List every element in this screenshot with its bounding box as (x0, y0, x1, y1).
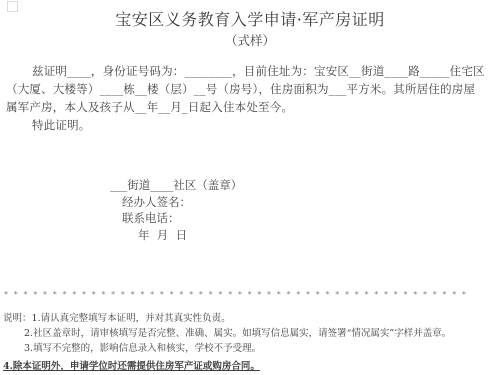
certificate-document: 宝安区义务教育入学申请·军产房证明 （式样） 兹证明____，身份证号码为：__… (0, 0, 500, 375)
notes-label: 说明： (3, 313, 32, 324)
notes-section: 说明：1.请认真完整填写本证明，并对其真实性负责。 2.社区盖章时，请审核填写是… (3, 311, 497, 374)
body-line-1: 兹证明____，身份证号码为：________，目前住址为：宝安区__街道___… (6, 62, 496, 80)
body-line-3: 属军产房，本人及孩子从__年__月_日起入住本处至今。 (6, 98, 496, 116)
body-line-2: （大厦、大楼等）____栋__楼（层）__号（房号），住房面积为___平方米。其… (6, 80, 496, 98)
date-line: 年 月 日 (138, 227, 242, 244)
signature-block: ___街道____社区（盖章） 经办人签名： 联系电话： 年 月 日 (110, 177, 242, 243)
certificate-body: 兹证明____，身份证号码为：________，目前住址为：宝安区__街道___… (6, 62, 496, 134)
asterisk-divider: * * * * * * * * * * * * * * * * * * * * … (4, 290, 468, 299)
note-item-2: 2.社区盖章时，请审核填写是否完整、准确、属实。如填写信息属实，请签署“情况属实… (3, 326, 497, 341)
page-title: 宝安区义务教育入学申请·军产房证明 (0, 7, 500, 30)
note-item-3: 3.填写不完整的，影响信息录入和核实，学校不予受理。 (3, 341, 497, 356)
note-item-1: 1.请认真完整填写本证明，并对其真实性负责。 (32, 313, 231, 324)
body-line-4: 特此证明。 (6, 116, 496, 134)
contact-phone-label: 联系电话： (122, 210, 242, 227)
handler-signature-label: 经办人签名： (122, 194, 242, 211)
note-line-1: 说明：1.请认真完整填写本证明，并对其真实性负责。 (3, 311, 497, 326)
page-subtitle: （式样） (0, 31, 500, 49)
note-item-4: 4.除本证明外，申请学位时还需提供住房军产证或购房合同。 (3, 359, 497, 374)
stamp-line: ___街道____社区（盖章） (110, 177, 242, 194)
